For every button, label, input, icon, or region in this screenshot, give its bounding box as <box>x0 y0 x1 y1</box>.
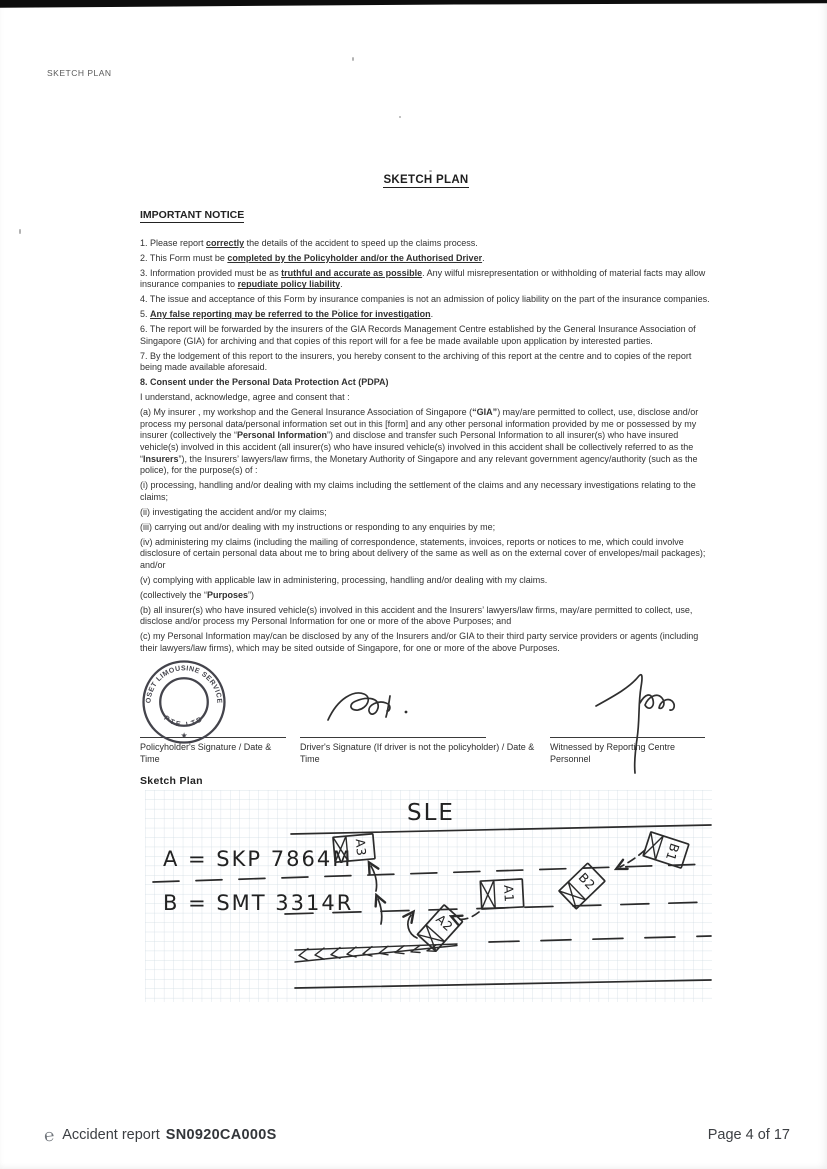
footer-report-label: Accident report <box>62 1127 160 1143</box>
sketch-plan-drawing: SLE A = SKP 7864M B = SMT 3314R A3 <box>145 790 712 1002</box>
page-corner-label: SKETCH PLAN <box>47 68 112 78</box>
footer-page-indicator: Page 4 of 17 <box>708 1127 790 1143</box>
stamp-text-bottom: PTE LTD <box>163 714 206 728</box>
road-name-label: SLE <box>407 800 455 826</box>
pdpa-paragraph-iv: (iv) administering my claims (including … <box>140 537 712 572</box>
driver-signature-block: Driver's Signature (If driver is not the… <box>300 667 550 765</box>
driver-signature-label: Driver's Signature (If driver is not the… <box>300 741 550 765</box>
stamp-star-icon: ★ <box>180 731 187 740</box>
footer-report-number: SN0920CA000S <box>166 1127 277 1143</box>
pdpa-paragraph-b: (b) all insurer(s) who have insured vehi… <box>140 605 712 628</box>
witness-signature-line <box>550 667 705 738</box>
company-stamp: ROSET LIMOUSINE SERVICES PTE LTD ★ <box>140 658 228 746</box>
signature-section: ROSET LIMOUSINE SERVICES PTE LTD ★ Polic… <box>140 667 712 773</box>
important-notice-heading: IMPORTANT NOTICE <box>140 209 244 223</box>
witness-signature-block: Witnessed by Reporting Centre Personnel <box>550 667 712 765</box>
scan-speck <box>352 57 354 61</box>
svg-text:PTE LTD: PTE LTD <box>163 714 206 728</box>
pdpa-intro: I understand, acknowledge, agree and con… <box>140 392 712 404</box>
notice-item-7: 7. By the lodgement of this report to th… <box>140 351 712 374</box>
policyholder-signature-line: ROSET LIMOUSINE SERVICES PTE LTD ★ <box>140 667 286 738</box>
vehicle-label-a1: A1 <box>501 884 517 902</box>
legend-vehicle-a: A = SKP 7864M <box>163 847 352 871</box>
pdpa-paragraph-a: (a) My insurer , my workshop and the Gen… <box>140 407 712 477</box>
stamp-text-top: ROSET LIMOUSINE SERVICES <box>140 658 223 704</box>
witness-signature-ink <box>590 661 690 779</box>
pdpa-paragraph-collectively: (collectively the “Purposes”) <box>140 590 712 602</box>
policyholder-signature-block: ROSET LIMOUSINE SERVICES PTE LTD ★ Polic… <box>140 667 300 765</box>
notice-item-3: 3. Information provided must be as truth… <box>140 268 712 291</box>
scan-speck <box>19 229 21 234</box>
scanned-accident-report-page: SKETCH PLAN SKETCH PLAN IMPORTANT NOTICE… <box>0 0 827 1169</box>
pdpa-paragraph-i: (i) processing, handling and/or dealing … <box>140 480 712 503</box>
vehicle-label-a3: A3 <box>353 838 369 857</box>
pdpa-paragraph-ii: (ii) investigating the accident and/or m… <box>140 507 712 519</box>
driver-signature-line <box>300 667 486 738</box>
pdpa-paragraph-c: (c) my Personal Information may/can be d… <box>140 631 712 654</box>
notice-item-2: 2. This Form must be completed by the Po… <box>140 253 712 265</box>
scan-edge-artifact <box>0 0 827 9</box>
notice-item-6: 6. The report will be forwarded by the i… <box>140 324 712 347</box>
document-body: SKETCH PLAN IMPORTANT NOTICE 1. Please r… <box>140 170 712 1002</box>
gia-report-icon: ℮ <box>43 1126 55 1144</box>
legend-vehicle-b: B = SMT 3314R <box>163 891 353 915</box>
page-title: SKETCH PLAN <box>140 170 712 188</box>
notice-item-4: 4. The issue and acceptance of this Form… <box>140 294 712 306</box>
report-footer: ℮ Accident report SN0920CA000S Page 4 of… <box>44 1122 790 1148</box>
svg-text:ROSET LIMOUSINE SERVICES: ROSET LIMOUSINE SERVICES <box>140 658 223 704</box>
driver-signature-ink <box>320 684 445 736</box>
notice-item-1: 1. Please report correctly the details o… <box>140 238 712 250</box>
pdpa-paragraph-iii: (iii) carrying out and/or dealing with m… <box>140 522 712 534</box>
scan-speck <box>399 116 401 118</box>
pdpa-paragraph-v: (v) complying with applicable law in adm… <box>140 575 712 587</box>
notice-item-5: 5. Any false reporting may be referred t… <box>140 309 712 321</box>
notice-item-8: 8. Consent under the Personal Data Prote… <box>140 377 712 389</box>
